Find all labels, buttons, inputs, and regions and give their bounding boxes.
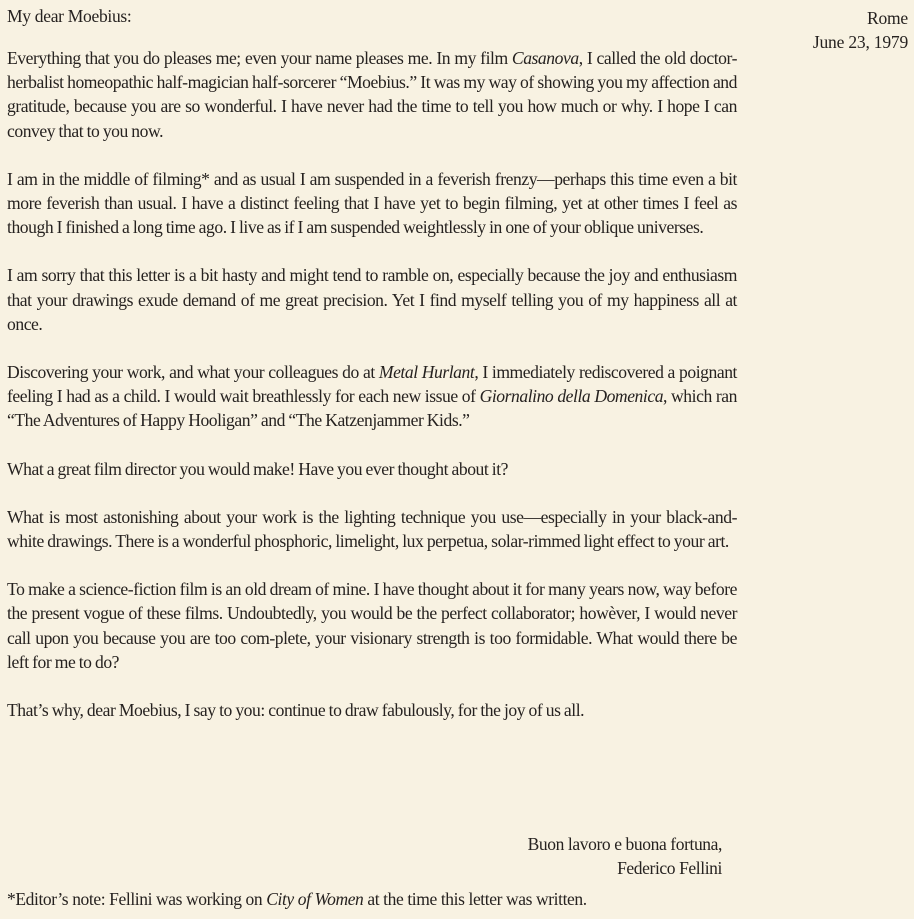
letter-paragraph: To make a science-fiction film is an old… [7, 577, 737, 674]
closing-phrase: Buon lavoro e buona fortuna, [528, 832, 722, 856]
editor-footnote: *Editor’s note: Fellini was working on C… [7, 889, 587, 910]
text-run: I am sorry that this letter is a bit has… [7, 265, 737, 333]
text-run: at the time this letter was written. [363, 889, 586, 909]
text-run: To make a science-fiction film is an old… [7, 579, 737, 672]
text-run: What a great film director you would mak… [7, 459, 508, 479]
salutation: My dear Moebius: [7, 6, 132, 27]
text-run: *Editor’s note: Fellini was working on [7, 889, 266, 909]
text-run: That’s why, dear Moebius, I say to you: … [7, 700, 584, 720]
letter-paragraph: That’s why, dear Moebius, I say to you: … [7, 698, 737, 722]
place: Rome [813, 6, 908, 30]
italic-title: Metal Hurlant [379, 362, 474, 382]
text-run: I am in the middle of filming* and as us… [7, 169, 737, 237]
letter-paragraph: What a great film director you would mak… [7, 457, 737, 481]
letter-paragraph: I am sorry that this letter is a bit has… [7, 263, 737, 336]
letter-page: My dear Moebius: Rome June 23, 1979 Ever… [0, 0, 914, 919]
closing-block: Buon lavoro e buona fortuna, Federico Fe… [528, 832, 722, 880]
signature: Federico Fellini [528, 856, 722, 880]
italic-title: Casanova [512, 48, 579, 68]
text-run: Discovering your work, and what your col… [7, 362, 379, 382]
date: June 23, 1979 [813, 30, 908, 54]
dateline: Rome June 23, 1979 [813, 6, 908, 54]
text-run: Everything that you do pleases me; even … [7, 48, 512, 68]
italic-title: Giornalino della Domenica [480, 386, 663, 406]
letter-paragraph: Discovering your work, and what your col… [7, 360, 737, 433]
italic-title: City of Women [266, 889, 363, 909]
letter-body: Everything that you do pleases me; even … [7, 46, 737, 746]
letter-paragraph: Everything that you do pleases me; even … [7, 46, 737, 143]
letter-paragraph: I am in the middle of filming* and as us… [7, 167, 737, 240]
text-run: What is most astonishing about your work… [7, 507, 737, 551]
letter-paragraph: What is most astonishing about your work… [7, 505, 737, 553]
